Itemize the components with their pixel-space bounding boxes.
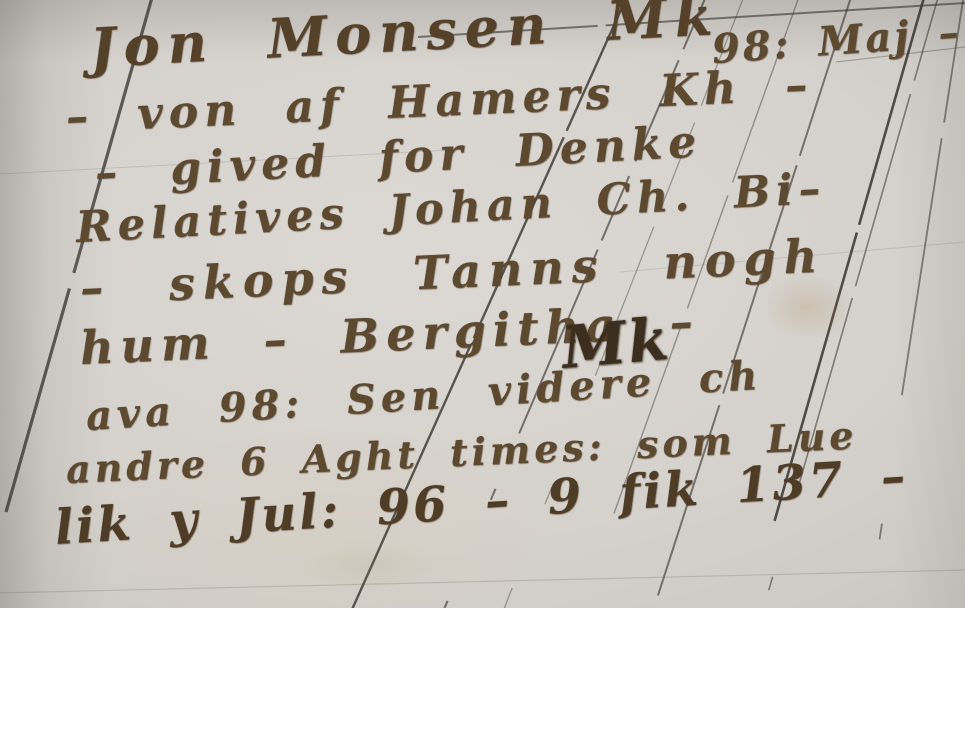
manuscript-photo: Jon Monsen Mk 98: Maj – 1te – – von af H… <box>0 0 965 608</box>
column-rule-8 <box>868 0 964 608</box>
crease-3 <box>0 570 965 593</box>
letterbox-bottom <box>0 608 965 750</box>
